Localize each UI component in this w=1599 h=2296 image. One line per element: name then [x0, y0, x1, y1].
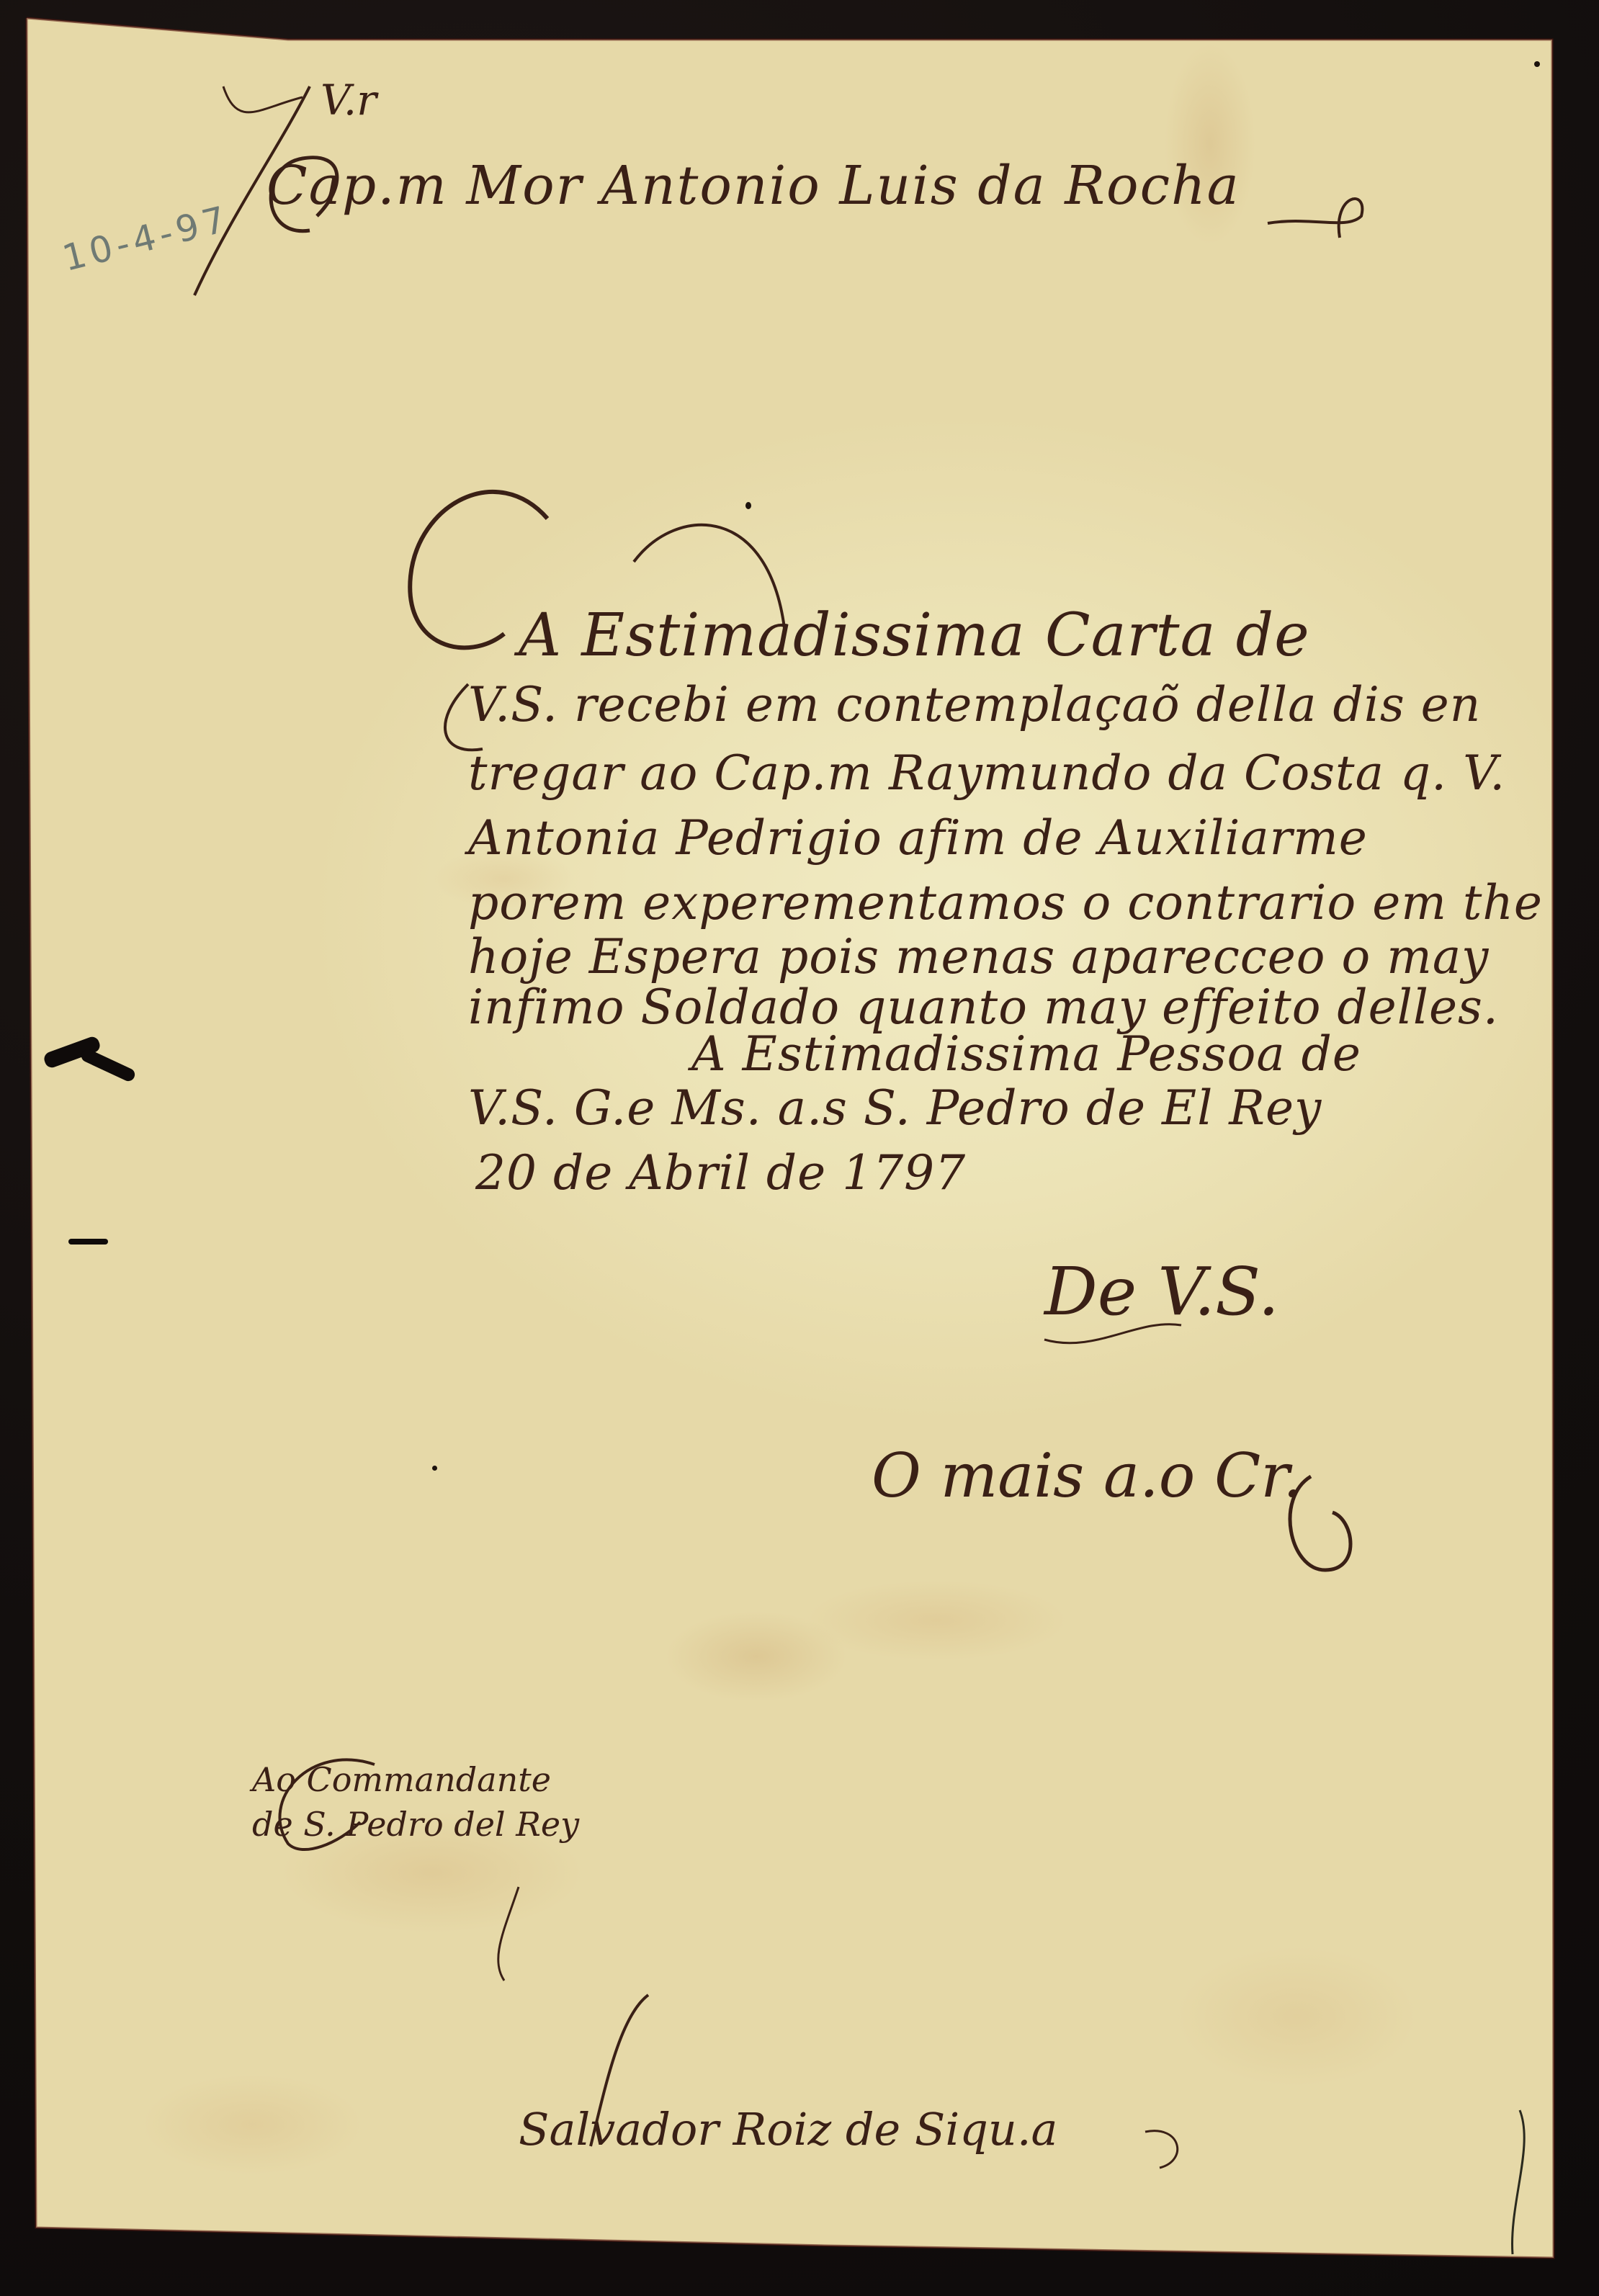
body-line: A Estimadissima Carta de [519, 601, 1310, 670]
body-line: Antonia Pedrigio afim de Auxiliarme [468, 810, 1368, 866]
body-line: V.S. G.e Ms. a.s S. Pedro de El Rey [468, 1080, 1322, 1136]
address-superscript: V.r [321, 76, 377, 125]
ink-speck [745, 502, 751, 509]
addressee-block: Ao Commandante de S. Pedro del Rey [252, 1757, 579, 1847]
ink-speck [432, 1466, 437, 1471]
body-line: porem experementamos o contrario em the [468, 875, 1543, 930]
addressee-place: de S. Pedro del Rey [252, 1802, 579, 1847]
body-line: V.S. recebi em contemplaçaõ della dis en [468, 677, 1481, 732]
body-line: tregar ao Cap.m Raymundo da Costa q. V. [468, 745, 1505, 801]
closing-servant-line: O mais a.o Cr. [872, 1440, 1302, 1511]
ink-speck [1534, 61, 1540, 67]
closing-salutation: De V.S. [1044, 1253, 1279, 1330]
addressee-title: Ao Commandante [252, 1757, 579, 1802]
signature: Salvador Roiz de Siqu.a [519, 2103, 1058, 2156]
address-line: Cap.m Mor Antonio Luis da Rocha [266, 155, 1240, 217]
date-line: 20 de Abril de 1797 [475, 1145, 966, 1201]
body-line: A Estimadissima Pessoa de [691, 1026, 1361, 1082]
body-line: hoje Espera pois menas aparecceo o may [468, 929, 1489, 985]
torn-edge-mark [68, 1239, 108, 1245]
